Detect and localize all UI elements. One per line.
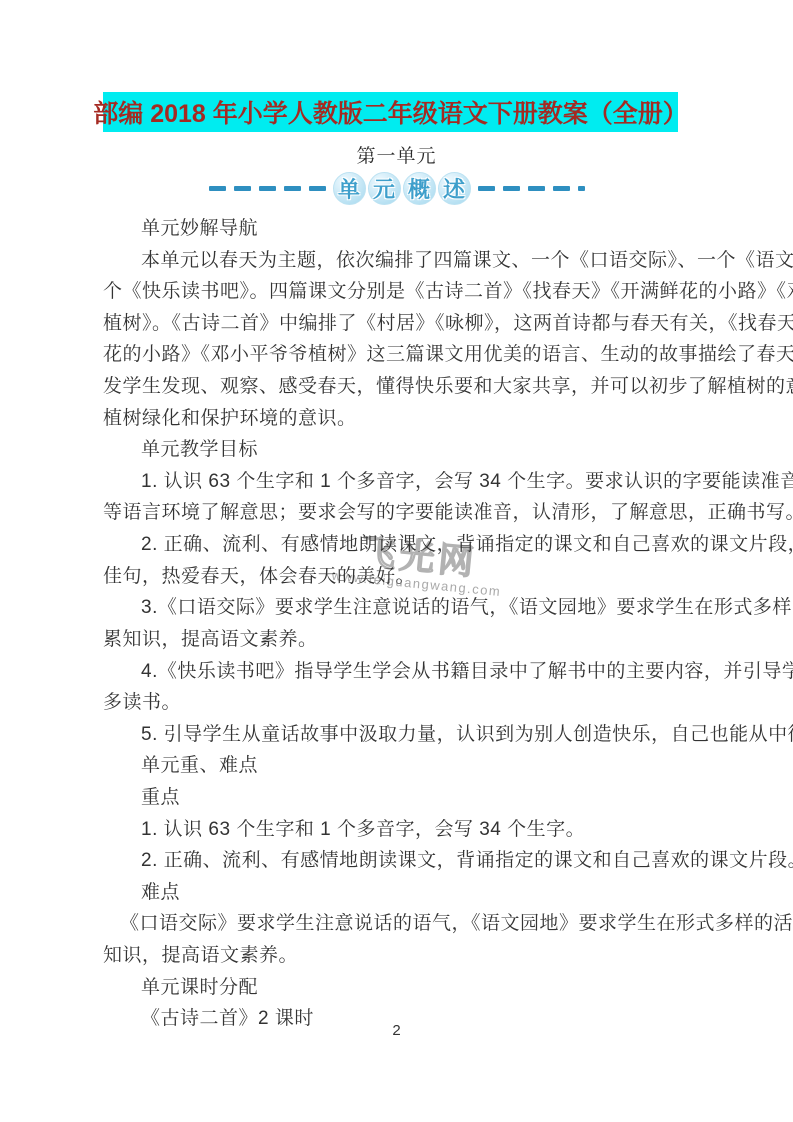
- text-line: 1. 认识 63 个生字和 1 个多音字，会写 34 个生字。: [103, 814, 693, 846]
- text-line: 个《快乐读书吧》。四篇课文分别是《古诗二首》《找春天》《开满鲜花的小路》《邓小平…: [103, 276, 693, 308]
- text-line: 2. 正确、流利、有感情地朗读课文，背诵指定的课文和自己喜欢的课文片段，积累好词: [103, 529, 693, 561]
- text-line: 单元重、难点: [103, 750, 693, 782]
- document-page: 部编 2018 年小学人教版二年级语文下册教案（全册） 第一单元 单 元 概 述…: [0, 0, 793, 1122]
- page-number: 2: [0, 1022, 793, 1039]
- text-line: 本单元以春天为主题，依次编排了四篇课文、一个《口语交际》、一个《语文园地》和一: [103, 245, 693, 277]
- text-line: 单元妙解导航: [103, 213, 693, 245]
- dash-icon: [503, 186, 520, 191]
- text-line: 植树绿化和保护环境的意识。: [103, 403, 693, 435]
- dash-icon: [309, 186, 326, 191]
- unit-overview-decoration: 单 元 概 述: [0, 171, 793, 205]
- dash-icon: [528, 186, 545, 191]
- dash-icon: [234, 186, 251, 191]
- text-line: 等语言环境了解意思；要求会写的字要能读准音，认清形，了解意思，正确书写。: [103, 497, 693, 529]
- document-title: 部编 2018 年小学人教版二年级语文下册教案（全册）: [93, 94, 688, 130]
- dash-icon: [284, 186, 301, 191]
- bubble-char: 概: [403, 172, 436, 205]
- bubble-char: 元: [368, 172, 401, 205]
- text-line: 5. 引导学生从童话故事中汲取力量，认识到为别人创造快乐，自己也能从中得到快乐。: [103, 719, 693, 751]
- text-line: 累知识，提高语文素养。: [103, 624, 693, 656]
- section-heading: 第一单元: [0, 141, 793, 168]
- text-line: 3.《口语交际》要求学生注意说话的语气，《语文园地》要求学生在形式多样的活动中积: [103, 592, 693, 624]
- text-line: 发学生发现、观察、感受春天，懂得快乐要和大家共享，并可以初步了解植树的意义，树立: [103, 371, 693, 403]
- text-line: 知识，提高语文素养。: [103, 940, 693, 972]
- text-line: 单元教学目标: [103, 434, 693, 466]
- text-line: 多读书。: [103, 687, 693, 719]
- text-line: 佳句，热爱春天，体会春天的美好。: [103, 561, 693, 593]
- text-line: 4.《快乐读书吧》指导学生学会从书籍目录中了解书中的主要内容，并引导学生在课外: [103, 656, 693, 688]
- text-line: 难点: [103, 877, 693, 909]
- text-line: 花的小路》《邓小平爷爷植树》这三篇课文用优美的语言、生动的故事描绘了春天的足迹，…: [103, 339, 693, 371]
- text-line: 重点: [103, 782, 693, 814]
- bubble-char: 述: [438, 172, 471, 205]
- dash-icon: [209, 186, 226, 191]
- dash-icon: [478, 186, 495, 191]
- dash-dot-icon: [578, 186, 585, 191]
- text-line: 1. 认识 63 个生字和 1 个多音字，会写 34 个生字。要求认识的字要能读…: [103, 466, 693, 498]
- unit-overview-bubble-text: 单 元 概 述: [332, 172, 472, 205]
- bubble-char: 单: [333, 172, 366, 205]
- dash-icon: [553, 186, 570, 191]
- text-line: 2. 正确、流利、有感情地朗读课文，背诵指定的课文和自己喜欢的课文片段。: [103, 845, 693, 877]
- document-body: 单元妙解导航 本单元以春天为主题，依次编排了四篇课文、一个《口语交际》、一个《语…: [103, 213, 693, 1035]
- dash-icon: [259, 186, 276, 191]
- text-line: 植树》。《古诗二首》中编排了《村居》《咏柳》，这两首诗都与春天有关，《找春天》《…: [103, 308, 693, 340]
- text-line: 单元课时分配: [103, 972, 693, 1004]
- title-banner: 部编 2018 年小学人教版二年级语文下册教案（全册）: [103, 92, 678, 132]
- text-line: 《口语交际》要求学生注意说话的语气，《语文园地》要求学生在形式多样的活动中积累: [103, 908, 693, 940]
